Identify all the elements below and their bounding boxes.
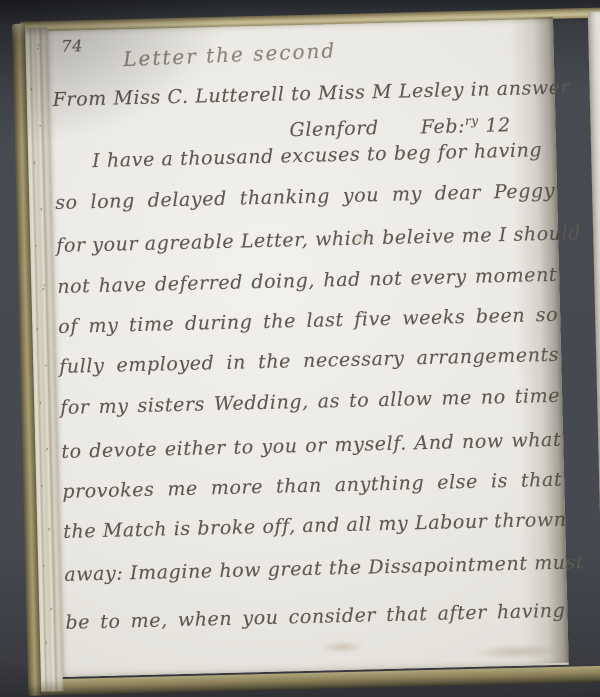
fore-edge-ink-speck: , xyxy=(39,199,45,212)
foxing-stain xyxy=(312,637,372,656)
letter-from-line: From Miss C. Lutterell to Miss M Lesley … xyxy=(52,77,550,111)
fore-edge-ink-speck: ; xyxy=(41,279,47,292)
manuscript-line: of my time during the last five weeks be… xyxy=(58,304,559,346)
fore-edge-ink-speck: · xyxy=(33,239,39,252)
fore-edge-ink-speck: , xyxy=(45,439,51,452)
manuscript-line: so long delayed thanking you my dear Peg… xyxy=(55,180,556,222)
manuscript-line: provokes me more than anything else is t… xyxy=(62,469,563,511)
manuscript-line: fully employed in the necessary arrangem… xyxy=(59,344,560,386)
manuscript-line: for my sisters Wedding, as to allow me n… xyxy=(60,385,561,427)
manuscript-line: I have a thousand excuses to beg for hav… xyxy=(54,139,555,181)
manuscript-line: not have deferred doing, had not every m… xyxy=(57,264,558,306)
letter-heading: Letter the second xyxy=(47,35,412,74)
fore-edge-ink-speck: · xyxy=(43,359,49,372)
letter-place: Glenford xyxy=(289,117,379,142)
fore-edge-ink-speck: ' xyxy=(43,639,48,652)
letter-dateline: Glenford Feb:ry 12 xyxy=(289,114,511,142)
letter-date: Feb:ry 12 xyxy=(420,114,511,139)
photo-background: :,·',·;,·',·,·,' 74 Letter the second Fr… xyxy=(0,0,600,697)
manuscript-book: :,·',·;,·',·,·,' 74 Letter the second Fr… xyxy=(12,14,600,690)
fore-edge-ink-speck: · xyxy=(41,559,47,572)
fore-edge-ink-speck: · xyxy=(37,119,43,132)
fore-edge-ink-speck: , xyxy=(29,79,35,92)
fore-edge-ink-speck: , xyxy=(47,519,53,532)
fore-edge-ink-speck: ' xyxy=(37,399,42,412)
fore-edge-ink-speck: ' xyxy=(31,159,36,172)
manuscript-line: to devote either to you or myself. And n… xyxy=(61,429,562,471)
fore-edge-ink-speck: · xyxy=(39,479,45,492)
manuscript-line: be to me, when you consider that after h… xyxy=(65,600,566,642)
fore-edge-ink-speck: : xyxy=(35,39,41,52)
manuscript-line: the Match is broke off, and all my Labou… xyxy=(63,509,564,551)
manuscript-page: 74 Letter the second From Miss C. Lutter… xyxy=(47,19,569,677)
fore-edge-ink-speck: , xyxy=(35,319,41,332)
next-page-sliver: labtheafteFrithinof finenlucajuisFlfrge xyxy=(588,10,600,664)
manuscript-line: for your agreable Letter, which beleive … xyxy=(56,223,557,265)
fore-edge-ink-speck: , xyxy=(49,599,55,612)
manuscript-line: away: Imagine how great the Dissapointme… xyxy=(64,552,565,594)
